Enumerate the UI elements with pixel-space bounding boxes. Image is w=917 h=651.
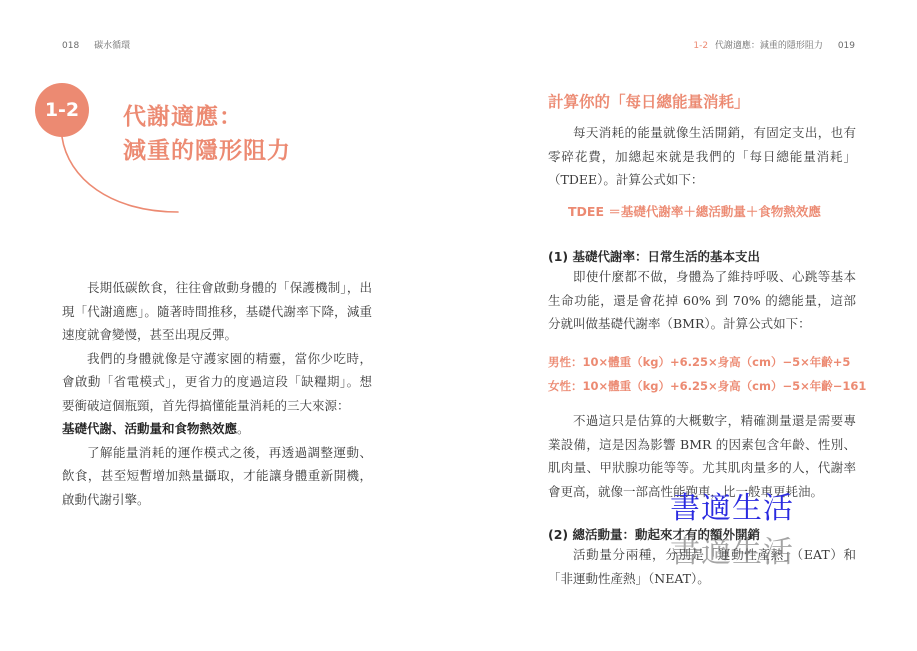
bmr-formulas: 男性：10×體重（kg）+6.25×身高（cm）−5×年齡+5 女性：10×體重…: [548, 350, 866, 398]
right-page: 1-2 代謝適應：減重的隱形阻力 019 計算你的「每日總能量消耗」 每天消耗的…: [458, 0, 917, 651]
paragraph: 我們的身體就像是守護家園的精靈，當你少吃時，會啟動「省電模式」，更省力的度過這段…: [62, 347, 372, 418]
book-title: 碳水循環: [94, 41, 130, 51]
paragraph: 長期低碳飲食，往往會啟動身體的「保護機制」，出現「代謝適應」。隨著時間推移，基礎…: [62, 276, 372, 347]
left-page: 018 碳水循環 1-2 代謝適應： 減重的隱形阻力 長期低碳飲食，往往會啟動身…: [0, 0, 458, 651]
paragraph: 即使什麼都不做，身體為了維持呼吸、心跳等基本生命功能，還是會花掉 60% 到 7…: [548, 265, 856, 336]
paragraph: 不過這只是估算的大概數字，精確測量還是需要專業設備，這是因為影響 BMR 的因素…: [548, 409, 856, 503]
energy-sources-emphasis: 基礎代謝、活動量和食物熱效應: [62, 421, 237, 436]
intro-paragraph: 每天消耗的能量就像生活開銷，有固定支出，也有零碎花費，加總起來就是我們的「每日總…: [548, 121, 856, 192]
running-chapter-title: 代謝適應：減重的隱形阻力: [715, 41, 823, 51]
left-body-text: 長期低碳飲食，往往會啟動身體的「保護機制」，出現「代謝適應」。隨著時間推移，基礎…: [62, 276, 372, 511]
bmr-formula-female: 女性：10×體重（kg）+6.25×身高（cm）−5×年齡−161: [548, 374, 866, 398]
section-heading: 計算你的「每日總能量消耗」: [548, 90, 750, 112]
activity-paragraph: 活動量分兩種，分別是「運動性產熱」（EAT）和「非運動性產熱」（NEAT）。: [548, 543, 856, 590]
paragraph: 活動量分兩種，分別是「運動性產熱」（EAT）和「非運動性產熱」（NEAT）。: [548, 543, 856, 590]
right-page-number: 019: [838, 41, 855, 51]
emphasis-punctuation: 。: [237, 421, 250, 436]
right-running-header: 1-2 代謝適應：減重的隱形阻力 019: [693, 38, 855, 51]
tdee-formula: TDEE ＝基礎代謝率＋總活動量＋食物熱效應: [568, 202, 821, 220]
subsection-heading-activity: (2) 總活動量：動起來才有的額外開銷: [548, 525, 760, 543]
estimate-paragraph: 不過這只是估算的大概數字，精確測量還是需要專業設備，這是因為影響 BMR 的因素…: [548, 409, 856, 503]
emphasis-line: 基礎代謝、活動量和食物熱效應。: [62, 417, 372, 441]
bmr-paragraph: 即使什麼都不做，身體為了維持呼吸、心跳等基本生命功能，還是會花掉 60% 到 7…: [548, 265, 856, 336]
paragraph: 了解能量消耗的運作模式之後，再透過調整運動、飲食，甚至短暫增加熱量攝取，才能讓身…: [62, 441, 372, 512]
paragraph: 每天消耗的能量就像生活開銷，有固定支出，也有零碎花費，加總起來就是我們的「每日總…: [548, 121, 856, 192]
left-running-header: 018 碳水循環: [62, 38, 130, 51]
subsection-heading-bmr: (1) 基礎代謝率：日常生活的基本支出: [548, 247, 760, 265]
running-section-number: 1-2: [693, 41, 708, 51]
chapter-number-badge: 1-2: [35, 83, 89, 137]
chapter-title-line-1: 代謝適應：: [123, 100, 291, 134]
chapter-title-line-2: 減重的隱形阻力: [123, 134, 291, 168]
bmr-formula-male: 男性：10×體重（kg）+6.25×身高（cm）−5×年齡+5: [548, 350, 866, 374]
left-page-number: 018: [62, 41, 79, 51]
chapter-title: 代謝適應： 減重的隱形阻力: [123, 100, 291, 168]
